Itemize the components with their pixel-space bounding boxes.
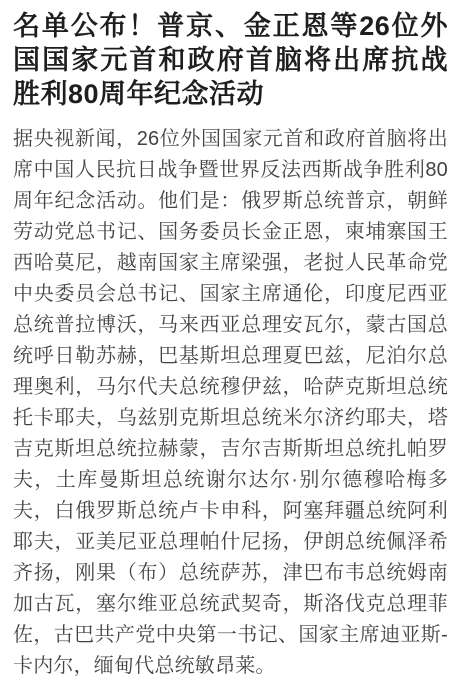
article-page: 名单公布！普京、金正恩等26位外国国家元首和政府首脑将出席抗战胜利80周年纪念活… xyxy=(0,0,460,680)
article-title: 名单公布！普京、金正恩等26位外国国家元首和政府首脑将出席抗战胜利80周年纪念活… xyxy=(13,9,448,111)
article-body-text: 据央视新闻，26位外国国家元首和政府首脑将出席中国人民抗日战争暨世界反法西斯战争… xyxy=(13,124,448,680)
